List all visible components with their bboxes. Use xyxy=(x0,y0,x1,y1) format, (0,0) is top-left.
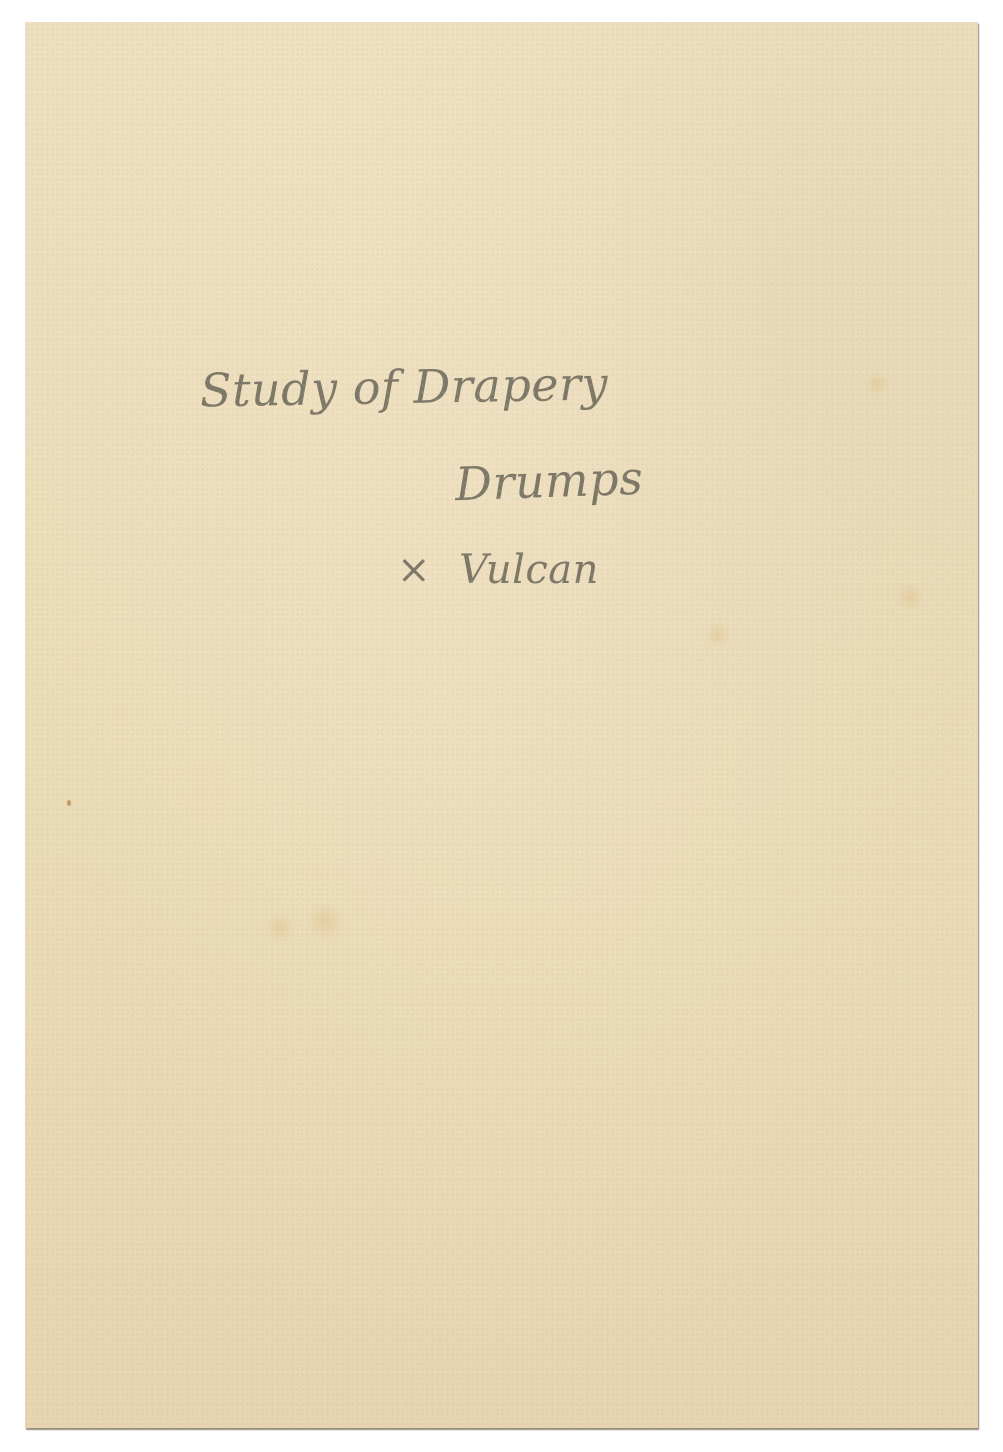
foxing-spot xyxy=(305,902,345,942)
handwritten-line-3: ×Vulcan xyxy=(397,547,599,593)
stain-speck xyxy=(67,800,71,806)
handwritten-line-2: Drumps xyxy=(454,451,644,512)
paper-sheet: Study of Drapery Drumps ×Vulcan xyxy=(25,22,978,1428)
foxing-spot xyxy=(865,372,889,396)
foxing-spot xyxy=(265,912,295,942)
handwritten-line-3-text: Vulcan xyxy=(459,547,599,593)
handwritten-title: Study of Drapery xyxy=(200,356,609,417)
foxing-spot xyxy=(705,622,731,648)
foxing-spot xyxy=(895,582,925,612)
cross-mark: × xyxy=(397,547,431,593)
